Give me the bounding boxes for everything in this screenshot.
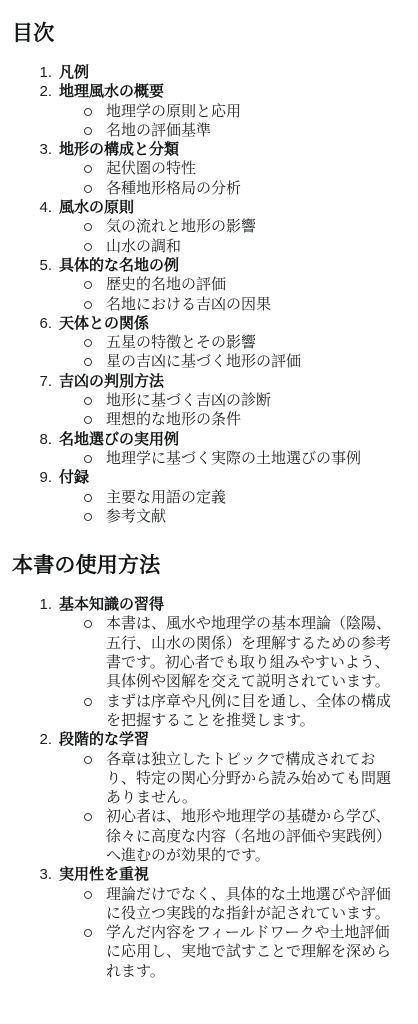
circle-bullet-icon xyxy=(84,165,92,173)
toc-item-title: 天体との関係 xyxy=(59,314,404,333)
toc-subitem-text: 理想的な地形の条件 xyxy=(106,410,404,429)
toc-subitem: 星の吉凶に基づく地形の評価 xyxy=(59,352,404,371)
toc-subitem: 理想的な地形の条件 xyxy=(59,410,404,429)
circle-bullet-icon xyxy=(84,339,92,347)
usage-subitem: 本書は、風水や地理学の基本理論（陰陽、五行、山水の関係）を理解するための参考書で… xyxy=(59,614,404,691)
toc-item: 1. 凡例 xyxy=(12,63,404,82)
circle-bullet-icon xyxy=(84,358,92,366)
circle-bullet-icon xyxy=(84,281,92,289)
toc-subitem: 名地の評価基準 xyxy=(59,121,404,140)
toc-subitem: 歴史的名地の評価 xyxy=(59,275,404,294)
toc-list: 1. 凡例 2. 地理風水の概要 地理学の原則と応用 名地の評価基準 3. 地形… xyxy=(12,63,404,526)
toc-subitem: 地理学の原則と応用 xyxy=(59,102,404,121)
toc-subitem-text: 歴史的名地の評価 xyxy=(106,275,404,294)
toc-item-title: 名地選びの実用例 xyxy=(59,430,404,449)
usage-subitem: まずは序章や凡例に目を通し、全体の構成を把握することを推奨します。 xyxy=(59,692,404,731)
toc-heading: 目次 xyxy=(12,21,404,47)
usage-subitem-text: 本書は、風水や地理学の基本理論（陰陽、五行、山水の関係）を理解するための参考書で… xyxy=(106,614,404,691)
toc-subitem: 起伏圏の特性 xyxy=(59,159,404,178)
list-number: 5. xyxy=(12,256,52,275)
toc-item: 8. 名地選びの実用例 地理学に基づく実際の土地選びの事例 xyxy=(12,430,404,469)
toc-subitem-text: 地理学に基づく実際の土地選びの事例 xyxy=(106,449,404,468)
usage-subitem: 学んだ内容をフィールドワークや土地評価に応用し、実地で試すことで理解を深められま… xyxy=(59,923,404,981)
circle-bullet-icon xyxy=(84,397,92,405)
list-number: 1. xyxy=(12,63,52,82)
toc-subitem: 主要な用語の定義 xyxy=(59,488,404,507)
usage-subitem: 初心者は、地形や地理学の基礎から学び、徐々に高度な内容（名地の評価や実践例）へ進… xyxy=(59,807,404,865)
toc-subitem-text: 名地における吉凶の因果 xyxy=(106,295,404,314)
usage-item-title: 基本知識の習得 xyxy=(59,595,404,614)
toc-subitem-text: 主要な用語の定義 xyxy=(106,488,404,507)
circle-bullet-icon xyxy=(84,929,92,937)
usage-subitem-text: まずは序章や凡例に目を通し、全体の構成を把握することを推奨します。 xyxy=(106,692,404,731)
toc-item-title: 吉凶の判別方法 xyxy=(59,372,404,391)
usage-subitem: 理論だけでなく、具体的な土地選びや評価に役立つ実践的な指針が記されています。 xyxy=(59,885,404,924)
usage-subitem: 各章は独立したトピックで構成されており、特定の関心分野から読み始めても問題ありま… xyxy=(59,750,404,808)
usage-subitem-text: 初心者は、地形や地理学の基礎から学び、徐々に高度な内容（名地の評価や実践例）へ進… xyxy=(106,807,404,865)
circle-bullet-icon xyxy=(84,223,92,231)
toc-item: 7. 吉凶の判別方法 地形に基づく吉凶の診断 理想的な地形の条件 xyxy=(12,372,404,430)
toc-item: 6. 天体との関係 五星の特徴とその影響 星の吉凶に基づく地形の評価 xyxy=(12,314,404,372)
list-number: 7. xyxy=(12,372,52,391)
usage-subitem-text: 理論だけでなく、具体的な土地選びや評価に役立つ実践的な指針が記されています。 xyxy=(106,885,404,924)
toc-item-title: 付録 xyxy=(59,468,404,487)
document-page: 目次 1. 凡例 2. 地理風水の概要 地理学の原則と応用 名地の評価基準 3. xyxy=(0,0,418,1024)
toc-subitem-text: 地形に基づく吉凶の診断 xyxy=(106,391,404,410)
circle-bullet-icon xyxy=(84,108,92,116)
circle-bullet-icon xyxy=(84,891,92,899)
toc-subitem: 名地における吉凶の因果 xyxy=(59,295,404,314)
toc-item: 5. 具体的な名地の例 歴史的名地の評価 名地における吉凶の因果 xyxy=(12,256,404,314)
list-number: 3. xyxy=(12,865,52,884)
toc-subitem-text: 名地の評価基準 xyxy=(106,121,404,140)
usage-heading: 本書の使用方法 xyxy=(12,553,404,579)
toc-subitem: 地形に基づく吉凶の診断 xyxy=(59,391,404,410)
toc-item-title: 地理風水の概要 xyxy=(59,82,404,101)
usage-list: 1. 基本知識の習得 本書は、風水や地理学の基本理論（陰陽、五行、山水の関係）を… xyxy=(12,595,404,981)
list-number: 4. xyxy=(12,198,52,217)
circle-bullet-icon xyxy=(84,301,92,309)
toc-item: 9. 付録 主要な用語の定義 参考文献 xyxy=(12,468,404,526)
toc-subitem: 各種地形格局の分析 xyxy=(59,179,404,198)
toc-item: 4. 風水の原則 気の流れと地形の影響 山水の調和 xyxy=(12,198,404,256)
toc-subitem-text: 各種地形格局の分析 xyxy=(106,179,404,198)
toc-item-title: 凡例 xyxy=(59,63,404,82)
circle-bullet-icon xyxy=(84,494,92,502)
toc-item: 2. 地理風水の概要 地理学の原則と応用 名地の評価基準 xyxy=(12,82,404,140)
usage-subitem-text: 各章は独立したトピックで構成されており、特定の関心分野から読み始めても問題ありま… xyxy=(106,750,404,808)
circle-bullet-icon xyxy=(84,620,92,628)
toc-subitem-text: 地理学の原則と応用 xyxy=(106,102,404,121)
circle-bullet-icon xyxy=(84,513,92,521)
list-number: 3. xyxy=(12,140,52,159)
toc-subitem-text: 星の吉凶に基づく地形の評価 xyxy=(106,352,404,371)
toc-item-title: 具体的な名地の例 xyxy=(59,256,404,275)
circle-bullet-icon xyxy=(84,185,92,193)
usage-subitem-text: 学んだ内容をフィールドワークや土地評価に応用し、実地で試すことで理解を深められま… xyxy=(106,923,404,981)
usage-item-title: 実用性を重視 xyxy=(59,865,404,884)
circle-bullet-icon xyxy=(84,698,92,706)
circle-bullet-icon xyxy=(84,243,92,251)
toc-item: 3. 地形の構成と分類 起伏圏の特性 各種地形格局の分析 xyxy=(12,140,404,198)
toc-subitem: 気の流れと地形の影響 xyxy=(59,217,404,236)
circle-bullet-icon xyxy=(84,416,92,424)
toc-subitem: 五星の特徴とその影響 xyxy=(59,333,404,352)
list-number: 8. xyxy=(12,430,52,449)
toc-item-title: 地形の構成と分類 xyxy=(59,140,404,159)
toc-subitem-text: 起伏圏の特性 xyxy=(106,159,404,178)
circle-bullet-icon xyxy=(84,756,92,764)
usage-item: 3. 実用性を重視 理論だけでなく、具体的な土地選びや評価に役立つ実践的な指針が… xyxy=(12,865,404,981)
toc-subitem: 参考文献 xyxy=(59,507,404,526)
usage-item: 1. 基本知識の習得 本書は、風水や地理学の基本理論（陰陽、五行、山水の関係）を… xyxy=(12,595,404,730)
list-number: 6. xyxy=(12,314,52,333)
list-number: 9. xyxy=(12,468,52,487)
usage-item-title: 段階的な学習 xyxy=(59,730,404,749)
toc-subitem-text: 気の流れと地形の影響 xyxy=(106,217,404,236)
circle-bullet-icon xyxy=(84,127,92,135)
toc-subitem-text: 山水の調和 xyxy=(106,237,404,256)
toc-subitem-text: 五星の特徴とその影響 xyxy=(106,333,404,352)
toc-subitem: 地理学に基づく実際の土地選びの事例 xyxy=(59,449,404,468)
list-number: 1. xyxy=(12,595,52,614)
usage-item: 2. 段階的な学習 各章は独立したトピックで構成されており、特定の関心分野から読… xyxy=(12,730,404,865)
list-number: 2. xyxy=(12,82,52,101)
toc-item-title: 風水の原則 xyxy=(59,198,404,217)
toc-subitem-text: 参考文献 xyxy=(106,507,404,526)
list-number: 2. xyxy=(12,730,52,749)
toc-subitem: 山水の調和 xyxy=(59,237,404,256)
circle-bullet-icon xyxy=(84,813,92,821)
circle-bullet-icon xyxy=(84,455,92,463)
